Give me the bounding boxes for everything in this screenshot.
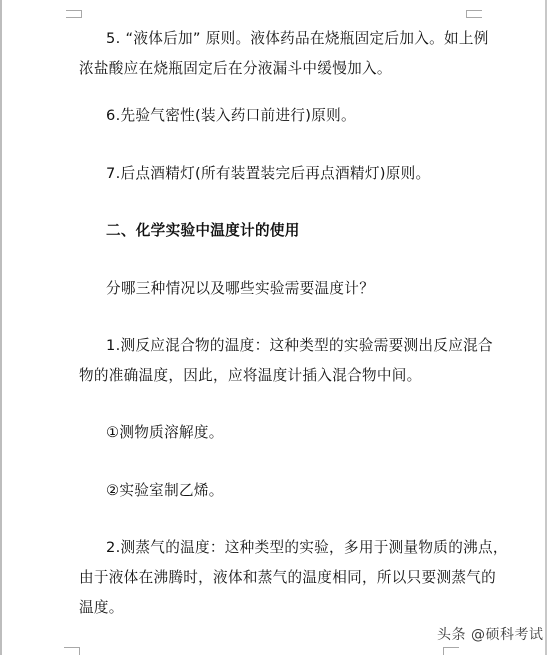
section-heading: 二、化学实验中温度计的使用	[79, 216, 469, 246]
paragraph-line: 温度。	[79, 593, 469, 623]
paragraph-line: 5. “液体后加” 原则。液体药品在烧瓶固定后加入。如上例	[79, 24, 469, 54]
paragraph-case-1-example-1: ①测物质溶解度。	[79, 418, 469, 448]
paragraph-line: 浓盐酸应在烧瓶固定后在分液漏斗中缓慢加入。	[79, 54, 469, 84]
paragraph-rule-5: 5. “液体后加” 原则。液体药品在烧瓶固定后加入。如上例 浓盐酸应在烧瓶固定后…	[79, 24, 469, 84]
paragraph-line: ①测物质溶解度。	[79, 418, 469, 448]
paragraph-line: 7.后点酒精灯(所有装置装完后再点酒精灯)原则。	[79, 159, 469, 189]
margin-corner-mark-top-right	[466, 10, 482, 18]
heading-text: 二、化学实验中温度计的使用	[79, 216, 469, 246]
paragraph-question: 分哪三种情况以及哪些实验需要温度计？	[79, 274, 469, 304]
paragraph-case-2: 2.测蒸气的温度：这种类型的实验，多用于测量物质的沸点， 由于液体在沸腾时，液体…	[79, 533, 469, 623]
margin-corner-mark-bottom-left	[64, 647, 80, 655]
paragraph-line: 物的准确温度，因此，应将温度计插入混合物中间。	[79, 361, 469, 391]
paragraph-case-1: 1.测反应混合物的温度：这种类型的实验需要测出反应混合 物的准确温度，因此，应将…	[79, 331, 469, 391]
paragraph-line: 分哪三种情况以及哪些实验需要温度计？	[79, 274, 469, 304]
paragraph-line: 由于液体在沸腾时，液体和蒸气的温度相同，所以只要测蒸气的	[79, 563, 469, 593]
paragraph-rule-6: 6.先验气密性(装入药口前进行)原则。	[79, 101, 469, 131]
margin-corner-mark-bottom-right	[443, 647, 459, 655]
paragraph-case-1-example-2: ②实验室制乙烯。	[79, 476, 469, 506]
margin-corner-mark-top-left	[66, 10, 82, 18]
paragraph-line: 2.测蒸气的温度：这种类型的实验，多用于测量物质的沸点，	[79, 533, 469, 563]
paragraph-line: 1.测反应混合物的温度：这种类型的实验需要测出反应混合	[79, 331, 469, 361]
page-edge-right	[545, 0, 547, 655]
paragraph-rule-7: 7.后点酒精灯(所有装置装完后再点酒精灯)原则。	[79, 159, 469, 189]
paragraph-line: 6.先验气密性(装入药口前进行)原则。	[79, 101, 469, 131]
watermark: 头条 @硕科考试	[437, 624, 543, 644]
paragraph-line: ②实验室制乙烯。	[79, 476, 469, 506]
page-edge-left	[0, 0, 2, 655]
